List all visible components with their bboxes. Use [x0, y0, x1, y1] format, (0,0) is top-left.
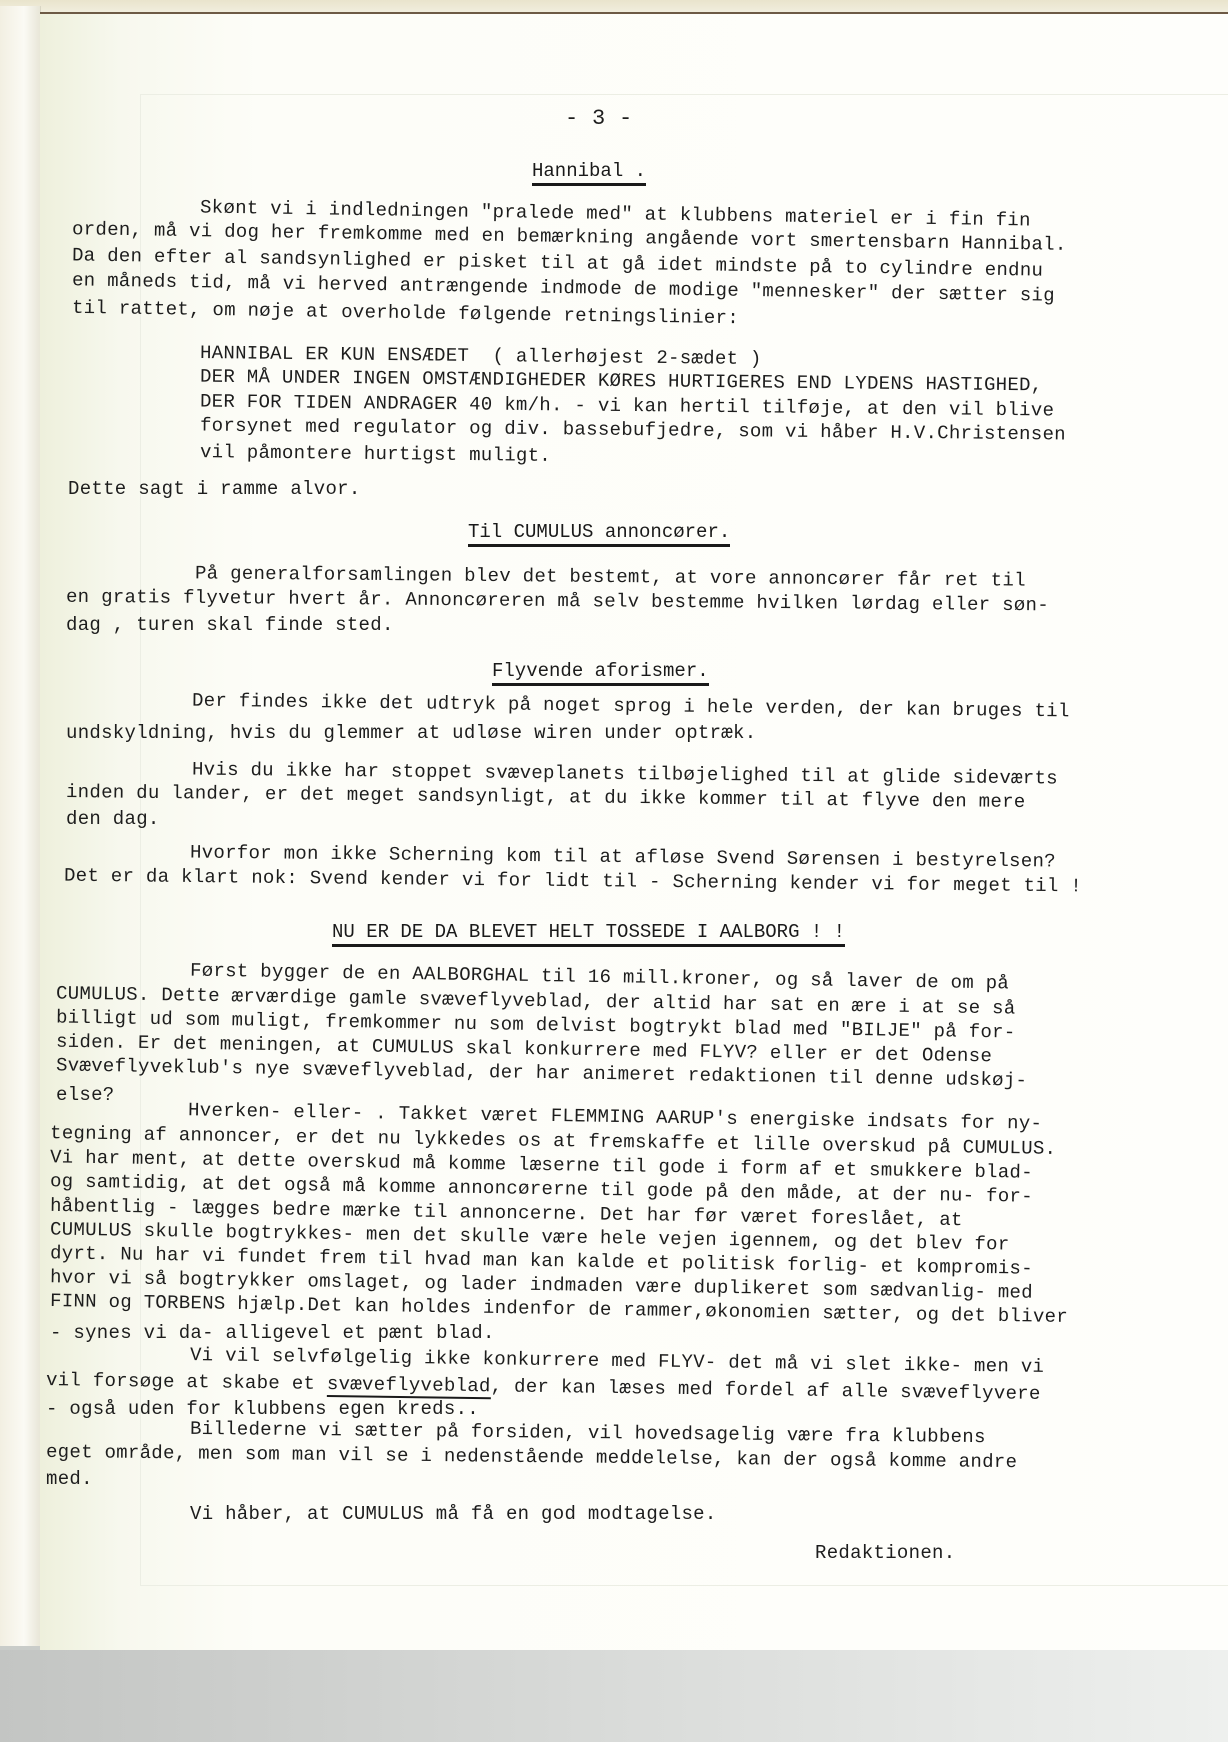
underlined-word: svæveflyveblad: [327, 1373, 491, 1399]
facing-page-edge: [0, 6, 41, 1646]
rule-line: vil påmontere hurtigst muligt.: [200, 441, 551, 467]
section-heading-hannibal: Hannibal .: [532, 160, 646, 186]
text-line: den dag.: [66, 808, 160, 831]
text-line: - synes vi da- alligevel et pænt blad.: [50, 1322, 495, 1345]
section-heading-aphorisms: Flyvende aforismer.: [492, 660, 709, 686]
section-heading-advertisers: Til CUMULUS annoncører.: [468, 521, 730, 547]
section-heading-aalborg: NU ER DE DA BLEVET HELT TOSSEDE I AALBOR…: [332, 921, 845, 947]
text-line: else?: [56, 1084, 115, 1107]
text-line: med.: [46, 1468, 93, 1491]
closing-hope-line: Vi håber, at CUMULUS må få en god modtag…: [190, 1503, 717, 1526]
text-fragment: vil forsøge at skabe et: [46, 1369, 327, 1395]
text-line: - også uden for klubbens egen kreds..: [46, 1398, 479, 1421]
text-line: undskyldning, hvis du glemmer at udløse …: [66, 722, 756, 745]
scan-backdrop-bottom: [0, 1650, 1228, 1742]
page-number: - 3 -: [565, 108, 633, 131]
signature: Redaktionen.: [815, 1542, 955, 1565]
closing-remark-hannibal: Dette sagt i ramme alvor.: [68, 478, 361, 501]
text-line: dag , turen skal finde sted.: [66, 614, 394, 637]
